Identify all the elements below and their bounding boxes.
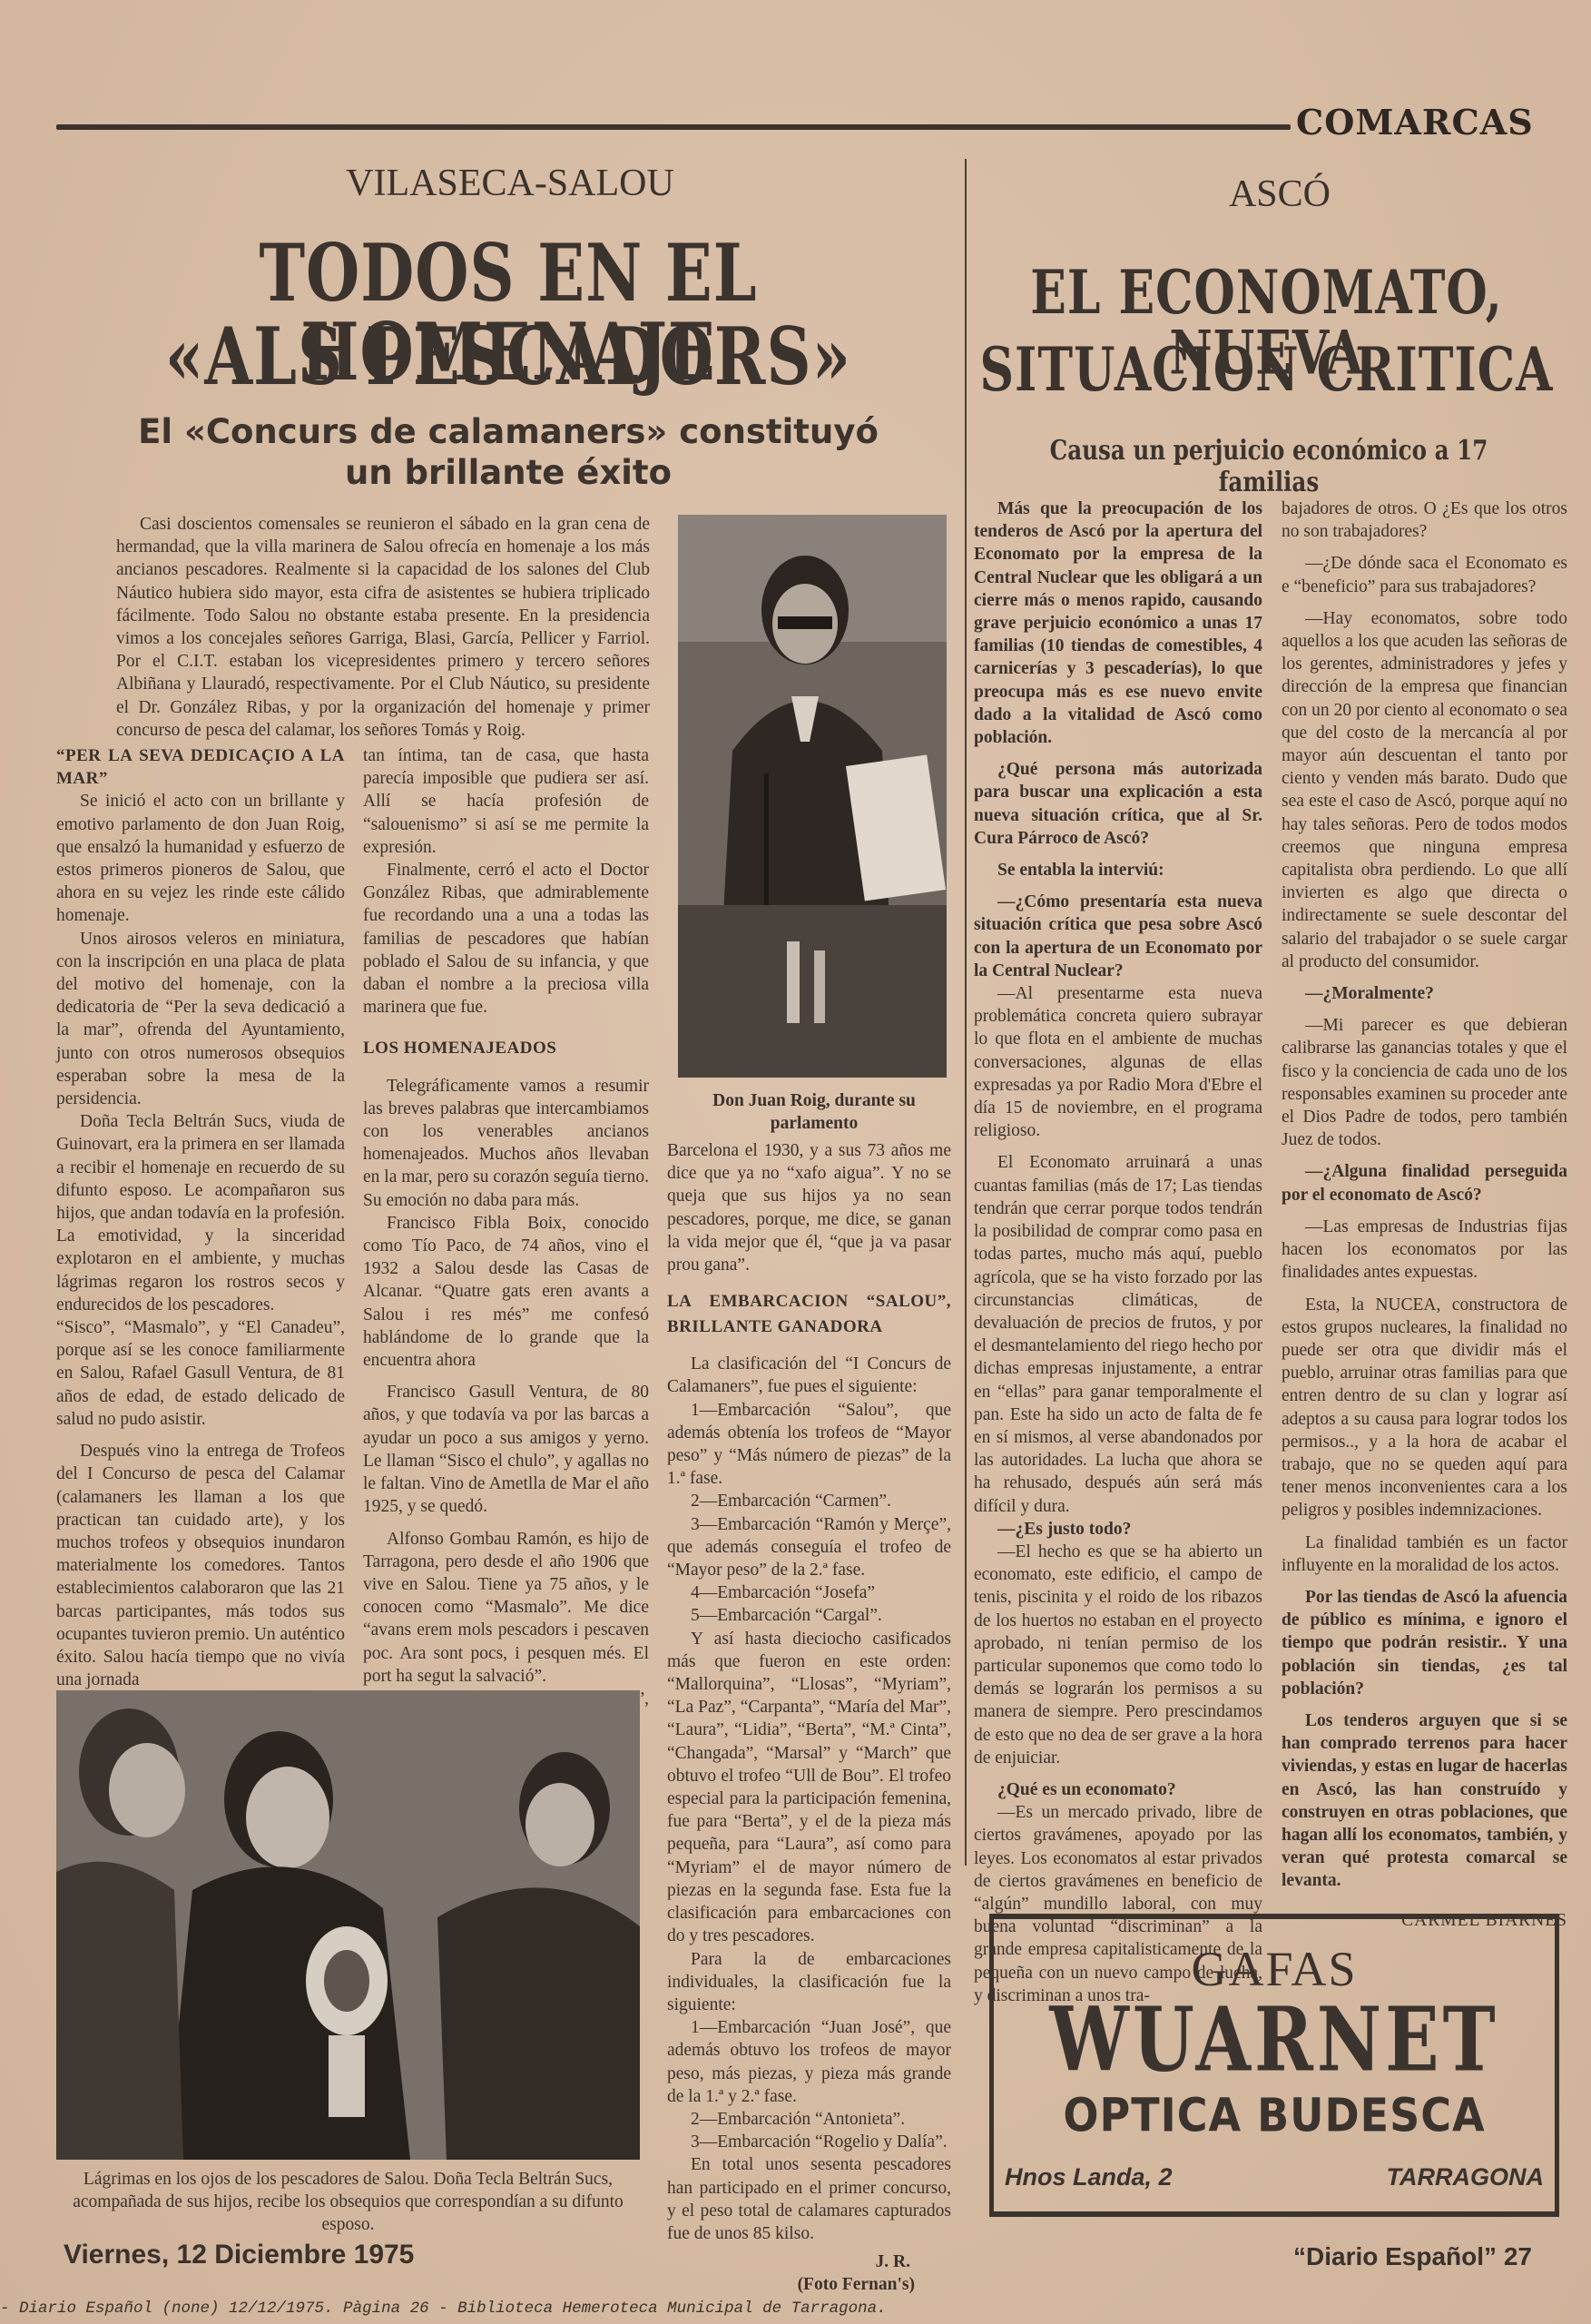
lead-text: Casi doscientos comensales se reunieron … [116, 513, 650, 742]
paragraph: Finalmente, cerró el acto el Doctor Gonz… [363, 859, 649, 1019]
section-label: COMARCAS [1296, 102, 1534, 143]
advert-brand: WUARNET [994, 1989, 1555, 2093]
interview-answer: —Al presentarme esta nueva problemática … [974, 982, 1262, 1142]
left-col1: “PER LA SEVA DEDICAÇIO A LA MAR” Se inic… [56, 744, 345, 1691]
paragraph: bajadores de otros. O ¿Es que los otros … [1282, 497, 1567, 543]
advert-address: Hnos Landa, 2 [1005, 2163, 1173, 2191]
paragraph: Francisco Fibla Boix, conocido como Tío … [363, 1212, 649, 1372]
ranking-item: 3—Embarcación “Rogelio y Dalía”. [667, 2131, 951, 2153]
photo-juan-roig [678, 515, 947, 1078]
left-headline-line2: «ALS PESCADORS» [50, 318, 967, 397]
paragraph: tan íntima, tan de casa, que hasta parec… [363, 744, 649, 859]
right-kicker: ASCÓ [971, 172, 1588, 216]
left-lead-paragraph: Casi doscientos comensales se reunieron … [116, 513, 650, 742]
archive-note: - Diario Español (none) 12/12/1975. Pàgi… [0, 2299, 887, 2318]
interview-question: —¿Moralmente? [1282, 982, 1567, 1005]
subtitle-homenajeados: LOS HOMENAJEADOS [363, 1037, 649, 1059]
ranking-item: 2—Embarcación “Carmen”. [667, 1490, 951, 1512]
photo-caption-juan-roig: Don Juan Roig, durante su parlamento [683, 1089, 946, 1135]
interview-answer: La finalidad también es un factor influy… [1282, 1531, 1567, 1577]
interview-question: —¿De dónde saca el Economato es e “benef… [1282, 552, 1567, 597]
interview-question: —¿Alguna finalidad perseguida por el eco… [1282, 1160, 1567, 1206]
left-kicker: VILASECA-SALOU [56, 162, 964, 205]
photo-pescadores [56, 1690, 640, 2160]
ranking-item: 1—Embarcación “Salou”, que además obtení… [667, 1399, 951, 1491]
left-col2: tan íntima, tan de casa, que hasta parec… [363, 744, 649, 1733]
paragraph: Y así hasta dieciocho casificados más qu… [667, 1628, 951, 1948]
paragraph: Se inició el acto con un brillante y emo… [56, 790, 345, 927]
subtitle-embarcacion-salou: LA EMBARCACION “SALOU”, BRILLANTE GANADO… [667, 1289, 951, 1340]
interview-answer: El Economato arruinará a unas cuantas fa… [974, 1151, 1262, 1517]
footer-paper-page: “Diario Español” 27 [1293, 2242, 1532, 2271]
ranking-item: 3—Embarcación “Ramón y Merçe”, que ademá… [667, 1513, 951, 1582]
photo-credit: (Foto Fernan's) [667, 2273, 951, 2296]
footer-date: Viernes, 12 Diciembre 1975 [64, 2240, 414, 2270]
paragraph: En total unos sesenta pescadores han par… [667, 2153, 951, 2245]
photo-placeholder-icon [678, 515, 947, 1078]
advert-city: TARRAGONA [1387, 2163, 1544, 2191]
interview-question: ¿Qué es un economato? [974, 1778, 1262, 1801]
photo-placeholder-icon [56, 1690, 640, 2160]
paragraph: Los tenderos arguyen que si se han compr… [1282, 1709, 1567, 1893]
left-col3: Barcelona el 1930, y a sus 73 años me di… [667, 1139, 951, 2297]
left-subhead-line2: un brillante éxito [50, 454, 967, 493]
interview-question: —¿Cómo presentaría esta nueva situación … [974, 891, 1262, 982]
paragraph: Después vino la entrega de Trofeos del I… [56, 1440, 345, 1691]
right-headline-line2: SITUACION CRITICA [969, 340, 1564, 401]
paragraph: Más que la preocupación de los tenderos … [974, 497, 1262, 749]
paragraph: “Sisco”, “Masmalo”, y “El Canadeu”, porq… [56, 1316, 345, 1431]
interview-answer: Esta, la NUCEA, constructora de estos gr… [1282, 1294, 1567, 1522]
subtitle-per-la-seva: “PER LA SEVA DEDICAÇIO A LA MAR” [56, 744, 345, 790]
interview-question: —¿Es justo todo? [974, 1518, 1262, 1541]
paragraph: La clasificación del “I Concurs de Calam… [667, 1353, 951, 1398]
paragraph: Por las tiendas de Ascó la afuencia de p… [1282, 1586, 1567, 1700]
header-rule [56, 124, 1291, 130]
advert-shop: OPTICA BUDESCA [994, 2088, 1555, 2142]
ranking-item: 5—Embarcación “Cargal”. [667, 1604, 951, 1627]
ranking-item: 4—Embarcación “Josefa” [667, 1581, 951, 1604]
signature-jr: J. R. [667, 2250, 951, 2273]
paragraph: Unos airosos veleros en miniatura, con l… [56, 928, 345, 1111]
interview-answer: —Mi parecer es que debieran calibrarse l… [1282, 1014, 1567, 1151]
paragraph: Francisco Gasull Ventura, de 80 años, y … [363, 1381, 649, 1518]
paragraph: Alfonso Gombau Ramón, es hijo de Tarrago… [363, 1528, 649, 1688]
paragraph: Doña Tecla Beltrán Sucs, viuda de Guinov… [56, 1110, 345, 1316]
left-subhead-line1: El «Concurs de calamaners» constituyó [50, 413, 967, 452]
ranking-item: 1—Embarcación “Juan José”, que además ob… [667, 2016, 951, 2108]
right-col1: Más que la preocupación de los tenderos … [974, 497, 1262, 2007]
paragraph: ¿Qué persona más autorizada para buscar … [974, 758, 1262, 850]
right-subhead: Causa un perjuicio económico a 17 famili… [1023, 436, 1514, 498]
paragraph: Se entabla la interviú: [974, 859, 1262, 881]
interview-answer: —Hay economatos, sobre todo aquellos a l… [1282, 607, 1567, 973]
right-col2: bajadores de otros. O ¿Es que los otros … [1282, 497, 1567, 1932]
photo-caption-pescadores: Lágrimas en los ojos de los pescadores d… [56, 2168, 640, 2236]
interview-answer: —El hecho es que se ha abierto un econom… [974, 1541, 1262, 1769]
paragraph: Para la de embarcaciones individuales, l… [667, 1948, 951, 2017]
interview-answer: —Las empresas de Industrias fijas hacen … [1282, 1216, 1567, 1285]
advert-box: GAFAS WUARNET OPTICA BUDESCA Hnos Landa,… [989, 1914, 1559, 2217]
paragraph: Telegráficamente vamos a resumir las bre… [363, 1075, 649, 1212]
ranking-item: 2—Embarcación “Antonieta”. [667, 2108, 951, 2131]
paragraph: Barcelona el 1930, y a sus 73 años me di… [667, 1139, 951, 1276]
